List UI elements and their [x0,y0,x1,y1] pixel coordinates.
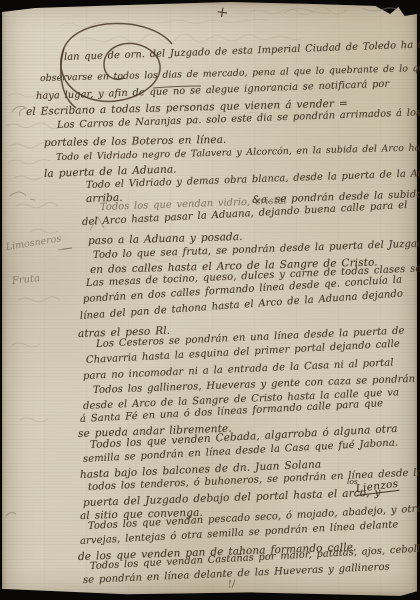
manuscript-photo: { "colors": { "background": "#0a0806", "… [0,0,420,600]
invocation-cross: + [215,2,230,22]
end-mark: !/ [227,579,236,591]
